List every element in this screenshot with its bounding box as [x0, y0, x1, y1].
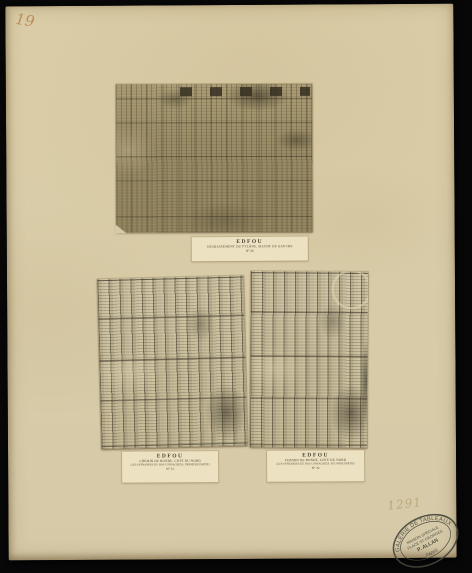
album-page: 19 EDFOU SOUBASSEMENT DU PYLÔNE, MASSIF … [5, 4, 456, 561]
scanned-album-page: 19 EDFOU SOUBASSEMENT DU PYLÔNE, MASSIF … [0, 0, 472, 573]
photo-inscription-wall-right [250, 271, 368, 448]
photo-hieroglyph-relief [116, 84, 312, 233]
caption-slip-bottom-left: EDFOU CHEMIN DE RONDE, CÔTÉ DU NORD (LES… [122, 451, 218, 483]
caption-plate-number: N° 32 [267, 466, 364, 472]
caption-plate-number: N° 31 [122, 467, 218, 473]
torn-corner-notch [115, 224, 126, 233]
caption-text: EDFOU CHEMIN DE RONDE, CÔTÉ DU NORD (LES… [122, 451, 218, 472]
caption-text: EDFOU SOUBASSEMENT DU PYLÔNE, MASSIF DE … [192, 237, 308, 255]
photo-inscription-wall-left [97, 276, 247, 450]
caption-text: EDFOU CHEMIN DE RONDE, CÔTÉ DU NORD (LES… [267, 450, 364, 471]
handwritten-inventory-number: 1291 [387, 495, 423, 513]
caption-slip-bottom-right: EDFOU CHEMIN DE RONDE, CÔTÉ DU NORD (LES… [267, 450, 364, 482]
caption-plate-number: N° 30 [192, 249, 308, 255]
handwritten-folio-mark: 19 [14, 10, 36, 31]
caption-slip-top: EDFOU SOUBASSEMENT DU PYLÔNE, MASSIF DE … [192, 237, 308, 262]
